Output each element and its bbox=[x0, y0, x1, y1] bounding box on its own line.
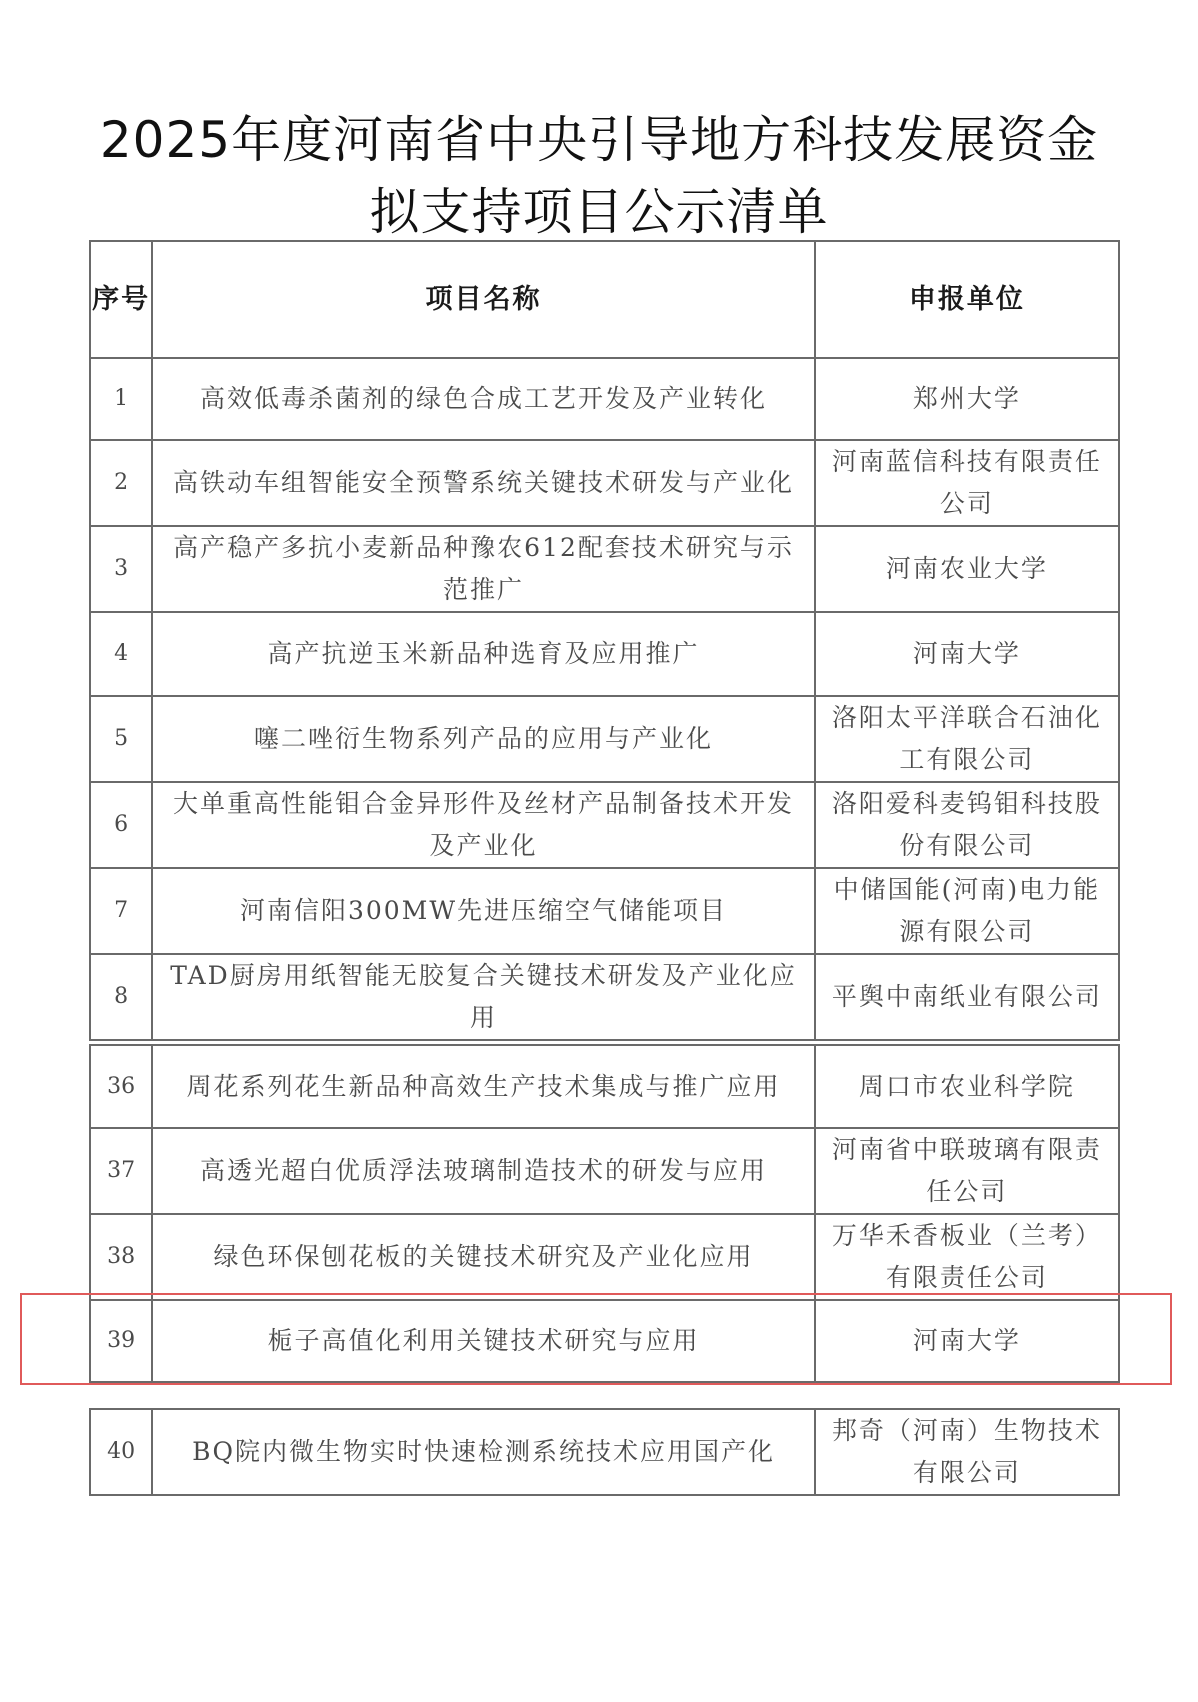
row-seq: 2 bbox=[90, 440, 152, 526]
row-seq: 40 bbox=[90, 1409, 152, 1495]
table-row: 3 高产稳产多抗小麦新品种豫农612配套技术研究与示范推广 河南农业大学 bbox=[90, 526, 1119, 612]
table-row: 36 周花系列花生新品种高效生产技术集成与推广应用 周口市农业科学院 bbox=[90, 1045, 1119, 1128]
row-applicant: 河南省中联玻璃有限责任公司 bbox=[815, 1128, 1119, 1214]
row-applicant: 郑州大学 bbox=[815, 358, 1119, 440]
row-project-name: 高效低毒杀菌剂的绿色合成工艺开发及产业转化 bbox=[152, 358, 815, 440]
row-project-name: 高产抗逆玉米新品种选育及应用推广 bbox=[152, 612, 815, 696]
row-applicant: 周口市农业科学院 bbox=[815, 1045, 1119, 1128]
row-seq: 8 bbox=[90, 954, 152, 1040]
row-applicant: 河南农业大学 bbox=[815, 526, 1119, 612]
row-seq: 7 bbox=[90, 868, 152, 954]
header-project-name: 项目名称 bbox=[152, 241, 815, 358]
table-row: 6 大单重高性能钼合金异形件及丝材产品制备技术开发及产业化 洛阳爱科麦钨钼科技股… bbox=[90, 782, 1119, 868]
row-applicant: 洛阳爱科麦钨钼科技股份有限公司 bbox=[815, 782, 1119, 868]
table-row: 40 BQ院内微生物实时快速检测系统技术应用国产化 邦奇（河南）生物技术有限公司 bbox=[90, 1409, 1119, 1495]
row-project-name: 河南信阳300MW先进压缩空气储能项目 bbox=[152, 868, 815, 954]
row-seq: 37 bbox=[90, 1128, 152, 1214]
row-applicant: 河南大学 bbox=[815, 612, 1119, 696]
row-seq: 1 bbox=[90, 358, 152, 440]
table-row: 37 高透光超白优质浮法玻璃制造技术的研发与应用 河南省中联玻璃有限责任公司 bbox=[90, 1128, 1119, 1214]
project-list-table-continued: 36 周花系列花生新品种高效生产技术集成与推广应用 周口市农业科学院 37 高透… bbox=[89, 1044, 1120, 1383]
table-row: 4 高产抗逆玉米新品种选育及应用推广 河南大学 bbox=[90, 612, 1119, 696]
table-row: 5 噻二唑衍生物系列产品的应用与产业化 洛阳太平洋联合石油化工有限公司 bbox=[90, 696, 1119, 782]
table-row: 7 河南信阳300MW先进压缩空气储能项目 中储国能(河南)电力能源有限公司 bbox=[90, 868, 1119, 954]
document-title-line-2: 拟支持项目公示清单 bbox=[0, 172, 1198, 244]
project-list-table: 序号 项目名称 申报单位 1 高效低毒杀菌剂的绿色合成工艺开发及产业转化 郑州大… bbox=[89, 240, 1120, 1041]
row-applicant: 河南大学 bbox=[815, 1300, 1119, 1382]
row-project-name: TAD厨房用纸智能无胶复合关键技术研发及产业化应用 bbox=[152, 954, 815, 1040]
row-project-name: 周花系列花生新品种高效生产技术集成与推广应用 bbox=[152, 1045, 815, 1128]
row-seq: 38 bbox=[90, 1214, 152, 1300]
table-header-row: 序号 项目名称 申报单位 bbox=[90, 241, 1119, 358]
row-project-name: 高产稳产多抗小麦新品种豫农612配套技术研究与示范推广 bbox=[152, 526, 815, 612]
row-seq: 5 bbox=[90, 696, 152, 782]
header-applicant: 申报单位 bbox=[815, 241, 1119, 358]
row-applicant: 洛阳太平洋联合石油化工有限公司 bbox=[815, 696, 1119, 782]
project-list-table-tail: 40 BQ院内微生物实时快速检测系统技术应用国产化 邦奇（河南）生物技术有限公司 bbox=[89, 1408, 1120, 1496]
row-applicant: 平舆中南纸业有限公司 bbox=[815, 954, 1119, 1040]
table-row-highlighted: 39 栀子高值化利用关键技术研究与应用 河南大学 bbox=[90, 1300, 1119, 1382]
header-seq: 序号 bbox=[90, 241, 152, 358]
table-row: 8 TAD厨房用纸智能无胶复合关键技术研发及产业化应用 平舆中南纸业有限公司 bbox=[90, 954, 1119, 1040]
table-row: 2 高铁动车组智能安全预警系统关键技术研发与产业化 河南蓝信科技有限责任公司 bbox=[90, 440, 1119, 526]
row-applicant: 万华禾香板业（兰考）有限责任公司 bbox=[815, 1214, 1119, 1300]
row-project-name: 绿色环保刨花板的关键技术研究及产业化应用 bbox=[152, 1214, 815, 1300]
document-title-line-1: 2025年度河南省中央引导地方科技发展资金 bbox=[0, 100, 1198, 172]
row-seq: 36 bbox=[90, 1045, 152, 1128]
table-row: 38 绿色环保刨花板的关键技术研究及产业化应用 万华禾香板业（兰考）有限责任公司 bbox=[90, 1214, 1119, 1300]
row-project-name: 噻二唑衍生物系列产品的应用与产业化 bbox=[152, 696, 815, 782]
row-project-name: BQ院内微生物实时快速检测系统技术应用国产化 bbox=[152, 1409, 815, 1495]
row-project-name: 栀子高值化利用关键技术研究与应用 bbox=[152, 1300, 815, 1382]
row-applicant: 中储国能(河南)电力能源有限公司 bbox=[815, 868, 1119, 954]
row-project-name: 大单重高性能钼合金异形件及丝材产品制备技术开发及产业化 bbox=[152, 782, 815, 868]
row-applicant: 邦奇（河南）生物技术有限公司 bbox=[815, 1409, 1119, 1495]
scan-gap-artifact bbox=[580, 944, 800, 952]
row-seq: 3 bbox=[90, 526, 152, 612]
row-seq: 39 bbox=[90, 1300, 152, 1382]
table-row: 1 高效低毒杀菌剂的绿色合成工艺开发及产业转化 郑州大学 bbox=[90, 358, 1119, 440]
row-project-name: 高透光超白优质浮法玻璃制造技术的研发与应用 bbox=[152, 1128, 815, 1214]
row-seq: 6 bbox=[90, 782, 152, 868]
row-seq: 4 bbox=[90, 612, 152, 696]
row-applicant: 河南蓝信科技有限责任公司 bbox=[815, 440, 1119, 526]
row-project-name: 高铁动车组智能安全预警系统关键技术研发与产业化 bbox=[152, 440, 815, 526]
